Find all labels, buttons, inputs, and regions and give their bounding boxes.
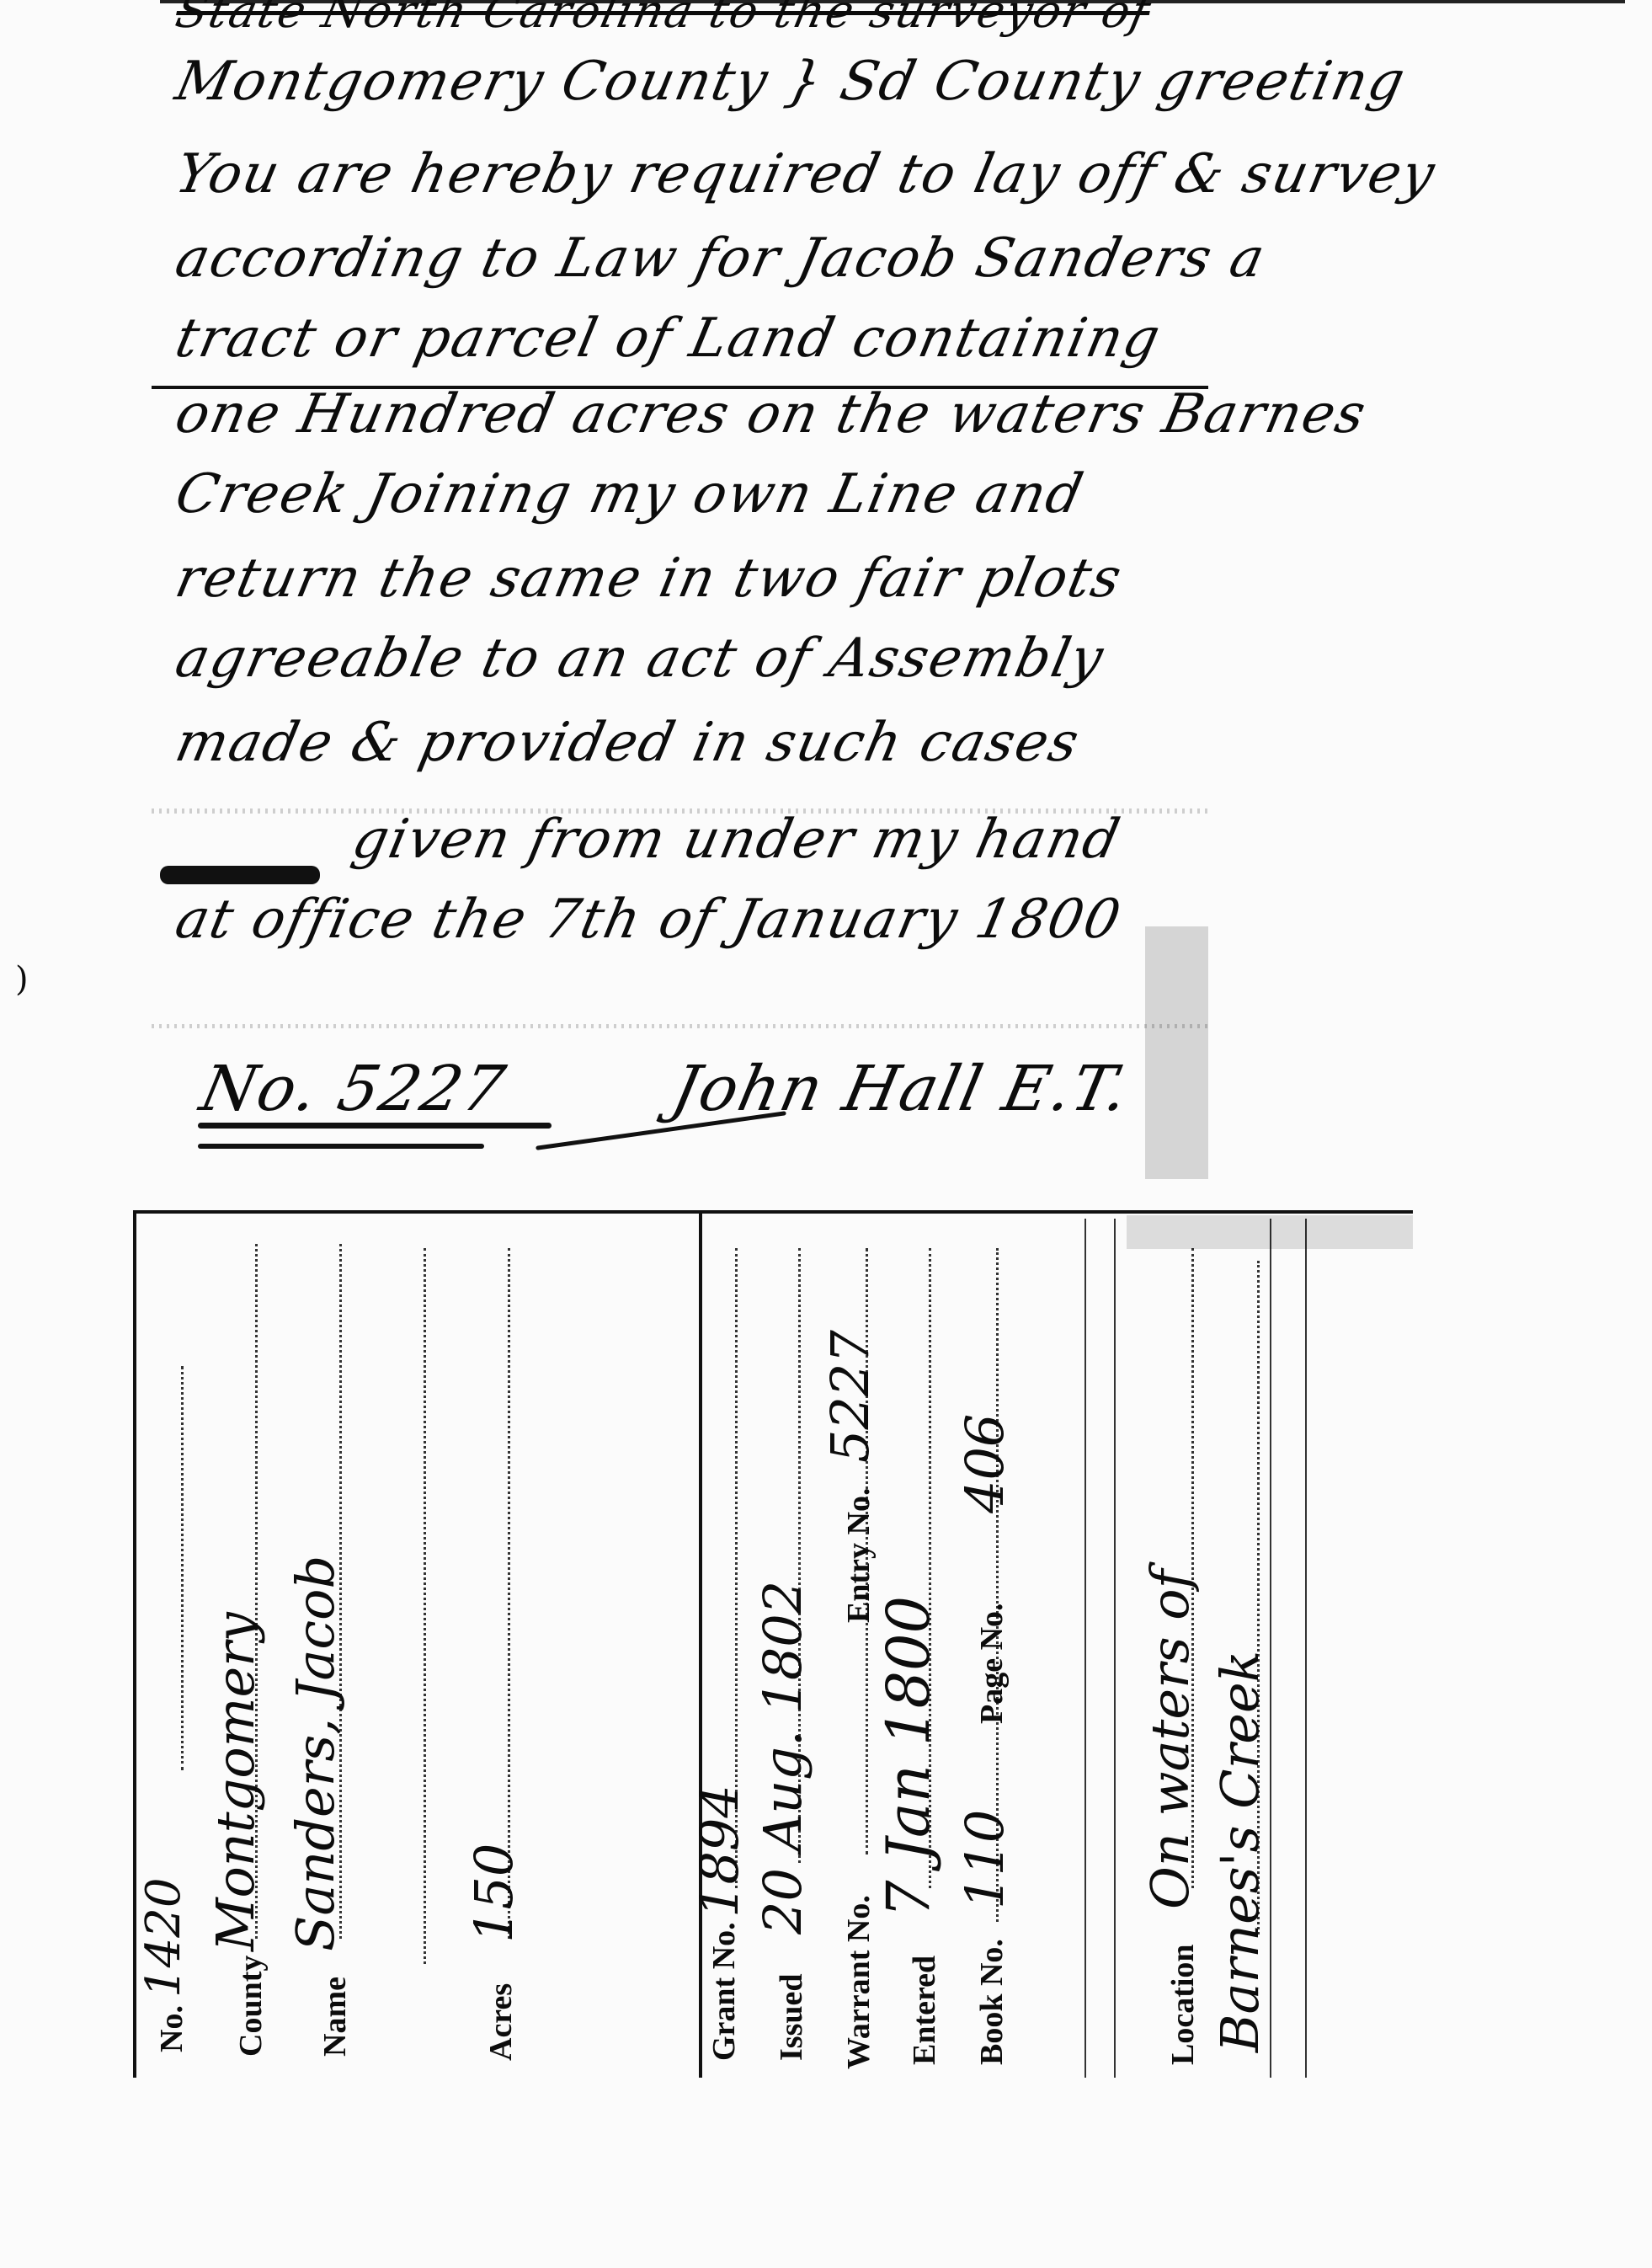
entry-no-value: 5227 xyxy=(819,1330,881,1463)
warrant-line-2: Montgomery County } Sd County greeting xyxy=(170,51,1411,113)
no-label: No. xyxy=(153,2005,190,2052)
entered-label: Entered xyxy=(906,1956,943,2065)
grant-no-value: 1894 xyxy=(689,1785,750,1918)
entry-no-label: Entry No. xyxy=(840,1488,877,1623)
warrant-line-10: made & provided in such cases xyxy=(170,712,1085,774)
signature: John Hall E.T. xyxy=(666,1053,1136,1125)
ink-blot xyxy=(160,866,320,884)
location-value-2: Barnes's Creek xyxy=(1209,1651,1271,2052)
warrant-line-5: tract or parcel of Land containing xyxy=(170,307,1166,370)
paper-stain xyxy=(1145,926,1208,1179)
land-warrant-document: State North Carolina to the surveyor of … xyxy=(152,0,1208,1200)
county-label: County xyxy=(232,1956,269,2057)
blank-dotted-line xyxy=(424,1248,426,1964)
warrant-line-11: given from under my hand xyxy=(347,808,1127,871)
warrant-line-3: You are hereby required to lay off & sur… xyxy=(170,143,1442,205)
no-dotted-line xyxy=(181,1366,184,1770)
page-no-value: 406 xyxy=(954,1414,1015,1513)
card-center-divider xyxy=(699,1210,702,2078)
warrant-line-7: Creek Joining my own Line and xyxy=(170,463,1090,526)
warrant-line-1-struck: State North Carolina to the surveyor of xyxy=(171,0,1155,38)
warrant-line-6: one Hundred acres on the waters Barnes xyxy=(170,383,1372,446)
book-column-line xyxy=(1114,1219,1116,2078)
warrant-number: No. 5227 xyxy=(195,1053,513,1125)
book-no-value: 110 xyxy=(954,1810,1015,1909)
warrant-line-12: at office the 7th of January 1800 xyxy=(170,889,1127,951)
location-value: On waters of xyxy=(1139,1569,1201,1909)
card-stain xyxy=(1127,1215,1413,1249)
flourish-underline xyxy=(198,1144,484,1149)
acres-value: 150 xyxy=(463,1844,525,1943)
margin-mark: ) xyxy=(15,960,29,999)
grant-index-card: No. 1420 County Montgomery Name Sanders,… xyxy=(133,1210,1413,2078)
warrant-line-9: agreeable to an act of Assembly xyxy=(170,627,1110,690)
county-value: Montgomery xyxy=(205,1612,266,1951)
paper-ruling xyxy=(152,1024,1208,1028)
issued-label: Issued xyxy=(773,1974,810,2062)
flourish-underline xyxy=(198,1123,552,1129)
location-label: Location xyxy=(1164,1944,1202,2065)
entered-value: 7 Jan 1800 xyxy=(874,1596,943,1918)
card-top-border xyxy=(133,1210,1413,1214)
flourish-underline xyxy=(536,1111,786,1150)
acres-dotted-line xyxy=(508,1248,510,1939)
book-no-label: Book No. xyxy=(973,1939,1010,2065)
warrant-line-8: return the same in two fair plots xyxy=(170,547,1128,610)
warrant-no-label: Warrant No. xyxy=(840,1895,877,2069)
warrant-line-4: according to Law for Jacob Sanders a xyxy=(170,227,1271,290)
no-value: 1420 xyxy=(136,1877,191,1998)
book-column-line xyxy=(1084,1219,1086,2078)
acres-label: Acres xyxy=(482,1983,520,2061)
name-label: Name xyxy=(317,1977,354,2057)
name-value: Sanders, Jacob xyxy=(285,1556,346,1951)
issued-value: 20 Aug. 1802 xyxy=(752,1581,813,1934)
location-column-line xyxy=(1305,1219,1307,2078)
page-no-label: Page No. xyxy=(973,1603,1010,1724)
grant-no-label: Grant No. xyxy=(706,1922,743,2061)
